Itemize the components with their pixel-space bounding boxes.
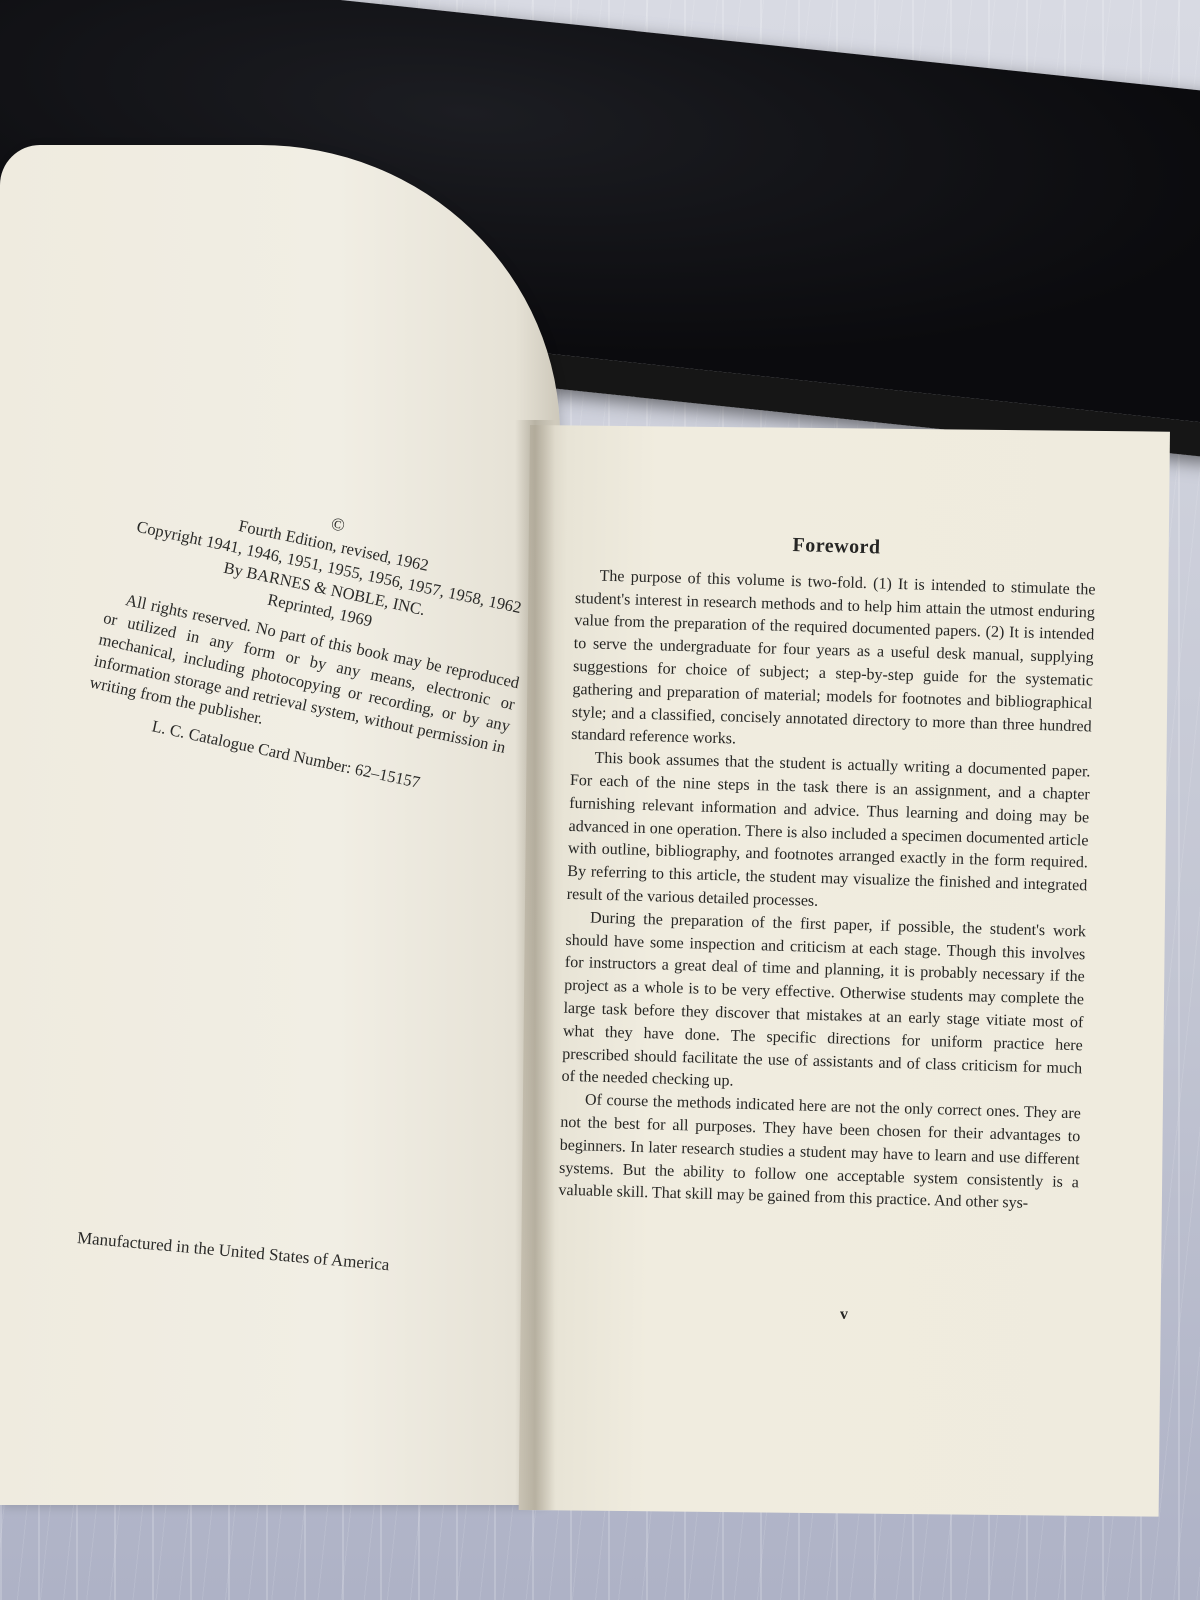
foreword-paragraph: The purpose of this volume is two-fold. … [571,565,1096,762]
left-page-copyright [0,145,560,1505]
foreword-paragraph: This book assumes that the student is ac… [566,747,1090,921]
foreword-text: Foreword The purpose of this volume is t… [558,528,1097,1217]
photo-scene: © Fourth Edition, revised, 1962 Copyrigh… [0,0,1200,1600]
foreword-paragraph: During the preparation of the first pape… [561,907,1086,1104]
foreword-paragraph: Of course the methods indicated here are… [558,1089,1081,1217]
page-number: v [840,1306,848,1324]
